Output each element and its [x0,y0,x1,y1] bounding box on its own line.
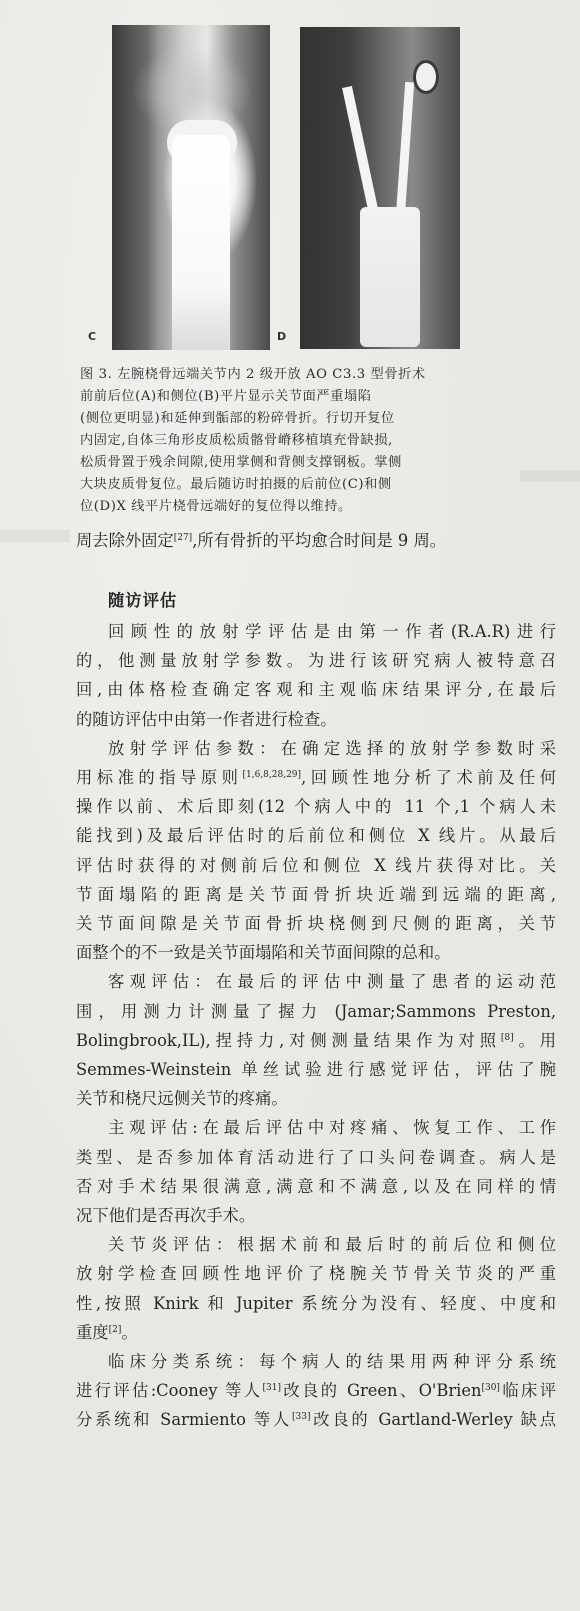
citation: [1,6,8,28,29] [243,770,302,780]
text-span: 进行评估:Cooney 等人 [76,1381,262,1400]
citation: [31] [262,1383,280,1393]
body-line: 放射学检查回顾性地评价了桡腕关节骨关节炎的严重 [76,1259,556,1288]
body-line: 用标准的指导原则[1,6,8,28,29],回顾性地分析了术前及任何 [76,763,556,792]
text-span: 改良的 Gartland-Werley 缺点 [310,1410,556,1429]
body-line: 围，用测力计测量了握力 (Jamar;Sammons Preston, [76,997,556,1026]
text-span: 。用 [514,1031,556,1050]
body-line: 进行评估:Cooney 等人[31]改良的 Green、O'Brien[30]临… [76,1376,556,1405]
body-line: 能找到)及最后评估时的后前位和侧位 X 线片。从最后 [76,821,556,850]
body-line: 客观评估：在最后的评估中测量了患者的运动范 [76,967,556,996]
caption-line: 图 3. 左腕桡骨远端关节内 2 级开放 AO C3.3 型骨折术 [80,364,520,386]
body-line: 节面塌陷的距离是关节面骨折块近端到远端的距离, [76,880,556,909]
citation: [27] [174,533,192,543]
body-line: 关节和桡尺远侧关节的疼痛。 [76,1084,556,1113]
text-span: Bolingbrook,IL),捏持力,对侧测量结果作为对照 [76,1031,501,1050]
citation: [8] [501,1033,514,1043]
volar-plate [172,135,230,350]
figure-caption: 图 3. 左腕桡骨远端关节内 2 级开放 AO C3.3 型骨折术 前前后位(A… [80,364,520,518]
body-line: 操作以前、术后即刻(12 个病人中的 11 个,1 个病人未 [76,792,556,821]
caption-line: 松质骨置于残余间隙,使用掌侧和背侧支撑钢板。掌侧 [80,452,520,474]
body-line: Semmes-Weinstein 单丝试验进行感觉评估，评估了腕 [76,1055,556,1084]
text-span: 临床评 [500,1381,556,1400]
bleed-through [520,470,580,482]
body-line: 性,按照 Knirk 和 Jupiter 系统分为没有、轻度、中度和 [76,1289,556,1318]
xray-panel-d [300,27,460,349]
caption-line: 位(D)X 线平片桡骨远端好的复位得以维持。 [80,496,520,518]
text-span: ,所有骨折的平均愈合时间是 9 周。 [192,531,446,550]
fixation-ring [413,60,439,94]
body-line: 关节炎评估：根据术前和最后时的前后位和侧位 [76,1230,556,1259]
text-span: 。 [121,1323,137,1342]
body-line: 况下他们是否再次手术。 [76,1201,556,1230]
text-span: 周去除外固定 [76,531,174,550]
body-line: 周去除外固定[27],所有骨折的平均愈合时间是 9 周。 [76,526,556,555]
body-line: 回,由体格检查确定客观和主观临床结果评分,在最后 [76,675,556,704]
body-line: 类型、是否参加体育活动进行了口头问卷调查。病人是 [76,1143,556,1172]
body-line: Bolingbrook,IL),捏持力,对侧测量结果作为对照[8]。用 [76,1026,556,1055]
text-span: 重度 [76,1323,109,1342]
fixation-rod [342,86,381,225]
caption-line: (侧位更明显)和延伸到骺部的粉碎骨折。行切开复位 [80,408,520,430]
body-line: 放射学评估参数：在确定选择的放射学参数时采 [76,734,556,763]
section-heading: 随访评估 [108,587,177,611]
body-line: 面整个的不一致是关节面塌陷和关节面间隙的总和。 [76,938,556,967]
xray-panel-c [112,25,270,350]
body-line: 重度[2]。 [76,1318,556,1347]
body-line: 的，他测量放射学参数。为进行该研究病人被特意召 [76,646,556,675]
citation: [30] [481,1383,499,1393]
body-line: 评估时获得的对侧前后位和侧位 X 线片获得对比。关 [76,851,556,880]
section-body: 回顾性的放射学评估是由第一作者(R.A.R)进行 的，他测量放射学参数。为进行该… [76,617,556,1435]
dorsal-plate [360,207,420,347]
body-line: 关节面间隙是关节面骨折块桡侧到尺侧的距离，关节 [76,909,556,938]
text-span: 用标准的指导原则 [76,768,243,787]
panel-label-d: D [277,330,286,343]
text-span: 改良的 Green、O'Brien [281,1381,482,1400]
body-line: 的随访评估中由第一作者进行检查。 [76,705,556,734]
body-line: 否对手术结果很满意,满意和不满意,以及在同样的情 [76,1172,556,1201]
citation: [33] [292,1412,310,1422]
body-line: 主观评估:在最后评估中对疼痛、恢复工作、工作 [76,1113,556,1142]
figure-3-radiographs: C D [95,22,515,352]
bleed-through [0,530,70,542]
text-span: ,回顾性地分析了术前及任何 [301,768,556,787]
caption-line: 大块皮质骨复位。最后随访时拍摄的后前位(C)和侧 [80,474,520,496]
caption-line: 前前后位(A)和侧位(B)平片显示关节面严重塌陷 [80,386,520,408]
body-line: 临床分类系统：每个病人的结果用两种评分系统 [76,1347,556,1376]
panel-label-c: C [88,330,96,343]
scanned-page: C D 图 3. 左腕桡骨远端关节内 2 级开放 AO C3.3 型骨折术 前前… [0,0,580,1611]
text-span: 分系统和 Sarmiento 等人 [76,1410,292,1429]
intro-text: 周去除外固定[27],所有骨折的平均愈合时间是 9 周。 [76,526,556,555]
body-line: 回顾性的放射学评估是由第一作者(R.A.R)进行 [76,617,556,646]
caption-line: 内固定,自体三角形皮质松质髂骨嵴移植填充骨缺损, [80,430,520,452]
citation: [2] [109,1325,122,1335]
body-line: 分系统和 Sarmiento 等人[33]改良的 Gartland-Werley… [76,1405,556,1434]
